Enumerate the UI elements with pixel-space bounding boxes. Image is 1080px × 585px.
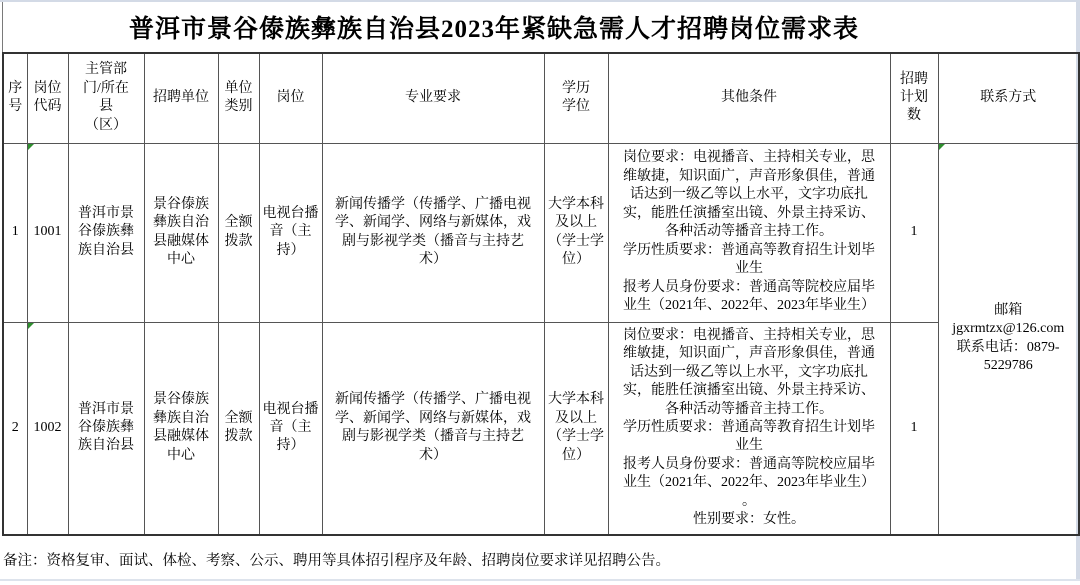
- cell-position-2: 电视台播 音（主 持）: [259, 322, 322, 535]
- page-edge-bottom: [0, 579, 1080, 581]
- cell-code-1001: 1001: [27, 143, 68, 322]
- header-other: 其他条件: [608, 53, 890, 143]
- cell-major-2: 新闻传播学（传播学、广播电视 学、新闻学、网络与新媒体，戏 剧与影视学类（播音与…: [322, 322, 544, 535]
- excel-flag-icon: [939, 144, 945, 150]
- cell-unit-type-1: 全额 拨款: [218, 143, 259, 322]
- cell-plan-count-2: 1: [890, 322, 938, 535]
- cell-department-1: 普洱市景 谷傣族彝 族自治县: [68, 143, 144, 322]
- excel-flag-icon: [28, 144, 34, 150]
- cell-code-1002: 1002: [27, 322, 68, 535]
- page-title: 普洱市景谷傣族彝族自治县2023年紧缺急需人才招聘岗位需求表: [0, 13, 1080, 46]
- recruitment-table: 序 号 岗位 代码 主管部 门/所在 县 （区） 招聘单位 单位 类别 岗位 专…: [2, 52, 1080, 536]
- cell-unit-type-2: 全额 拨款: [218, 322, 259, 535]
- code-value: 1002: [34, 420, 62, 435]
- cell-seq-1: 1: [3, 143, 27, 322]
- cell-education-1: 大学本科 及以上 （学士学 位）: [544, 143, 608, 322]
- cell-seq-2: 2: [3, 322, 27, 535]
- cell-other-conditions-2: 岗位要求：电视播音、主持相关专业，思 维敏捷，知识面广，声音形象俱佳，普通 话达…: [608, 322, 890, 535]
- cell-contact-merged: 邮箱 jgxrmtzx@126.com 联系电话：0879- 5229786: [938, 143, 1079, 535]
- header-major: 专业要求: [322, 53, 544, 143]
- header-code: 岗位 代码: [27, 53, 68, 143]
- cell-position-1: 电视台播 音（主 持）: [259, 143, 322, 322]
- header-plan-count: 招聘 计划 数: [890, 53, 938, 143]
- footnote: 备注：资格复审、面试、体检、考察、公示、聘用等具体招引程序及年龄、招聘岗位要求详…: [3, 551, 1063, 571]
- cell-major-1: 新闻传播学（传播学、广播电视 学、新闻学、网络与新媒体，戏 剧与影视学类（播音与…: [322, 143, 544, 322]
- header-contact: 联系方式: [938, 53, 1079, 143]
- cell-department-2: 普洱市景 谷傣族彝 族自治县: [68, 322, 144, 535]
- header-row: 序 号 岗位 代码 主管部 门/所在 县 （区） 招聘单位 单位 类别 岗位 专…: [3, 53, 1079, 143]
- excel-flag-icon: [28, 323, 34, 329]
- header-seq: 序 号: [3, 53, 27, 143]
- cell-unit-1: 景谷傣族 彝族自治 县融媒体 中心: [144, 143, 218, 322]
- cell-education-2: 大学本科 及以上 （学士学 位）: [544, 322, 608, 535]
- header-position: 岗位: [259, 53, 322, 143]
- cell-plan-count-1: 1: [890, 143, 938, 322]
- table-row: 1 1001 普洱市景 谷傣族彝 族自治县 景谷傣族 彝族自治 县融媒体 中心 …: [3, 143, 1079, 322]
- header-unit: 招聘单位: [144, 53, 218, 143]
- page-edge-top: [0, 0, 1080, 2]
- header-unit-type: 单位 类别: [218, 53, 259, 143]
- header-education: 学历 学位: [544, 53, 608, 143]
- code-value: 1001: [34, 224, 62, 239]
- cell-other-conditions-1: 岗位要求：电视播音、主持相关专业，思 维敏捷，知识面广，声音形象俱佳，普通 话达…: [608, 143, 890, 322]
- cell-unit-2: 景谷傣族 彝族自治 县融媒体 中心: [144, 322, 218, 535]
- header-department: 主管部 门/所在 县 （区）: [68, 53, 144, 143]
- contact-text: 邮箱 jgxrmtzx@126.com 联系电话：0879- 5229786: [952, 303, 1064, 373]
- table-row: 2 1002 普洱市景 谷傣族彝 族自治县 景谷傣族 彝族自治 县融媒体 中心 …: [3, 322, 1079, 535]
- document-page: 普洱市景谷傣族彝族自治县2023年紧缺急需人才招聘岗位需求表 序 号 岗位 代码…: [0, 0, 1080, 585]
